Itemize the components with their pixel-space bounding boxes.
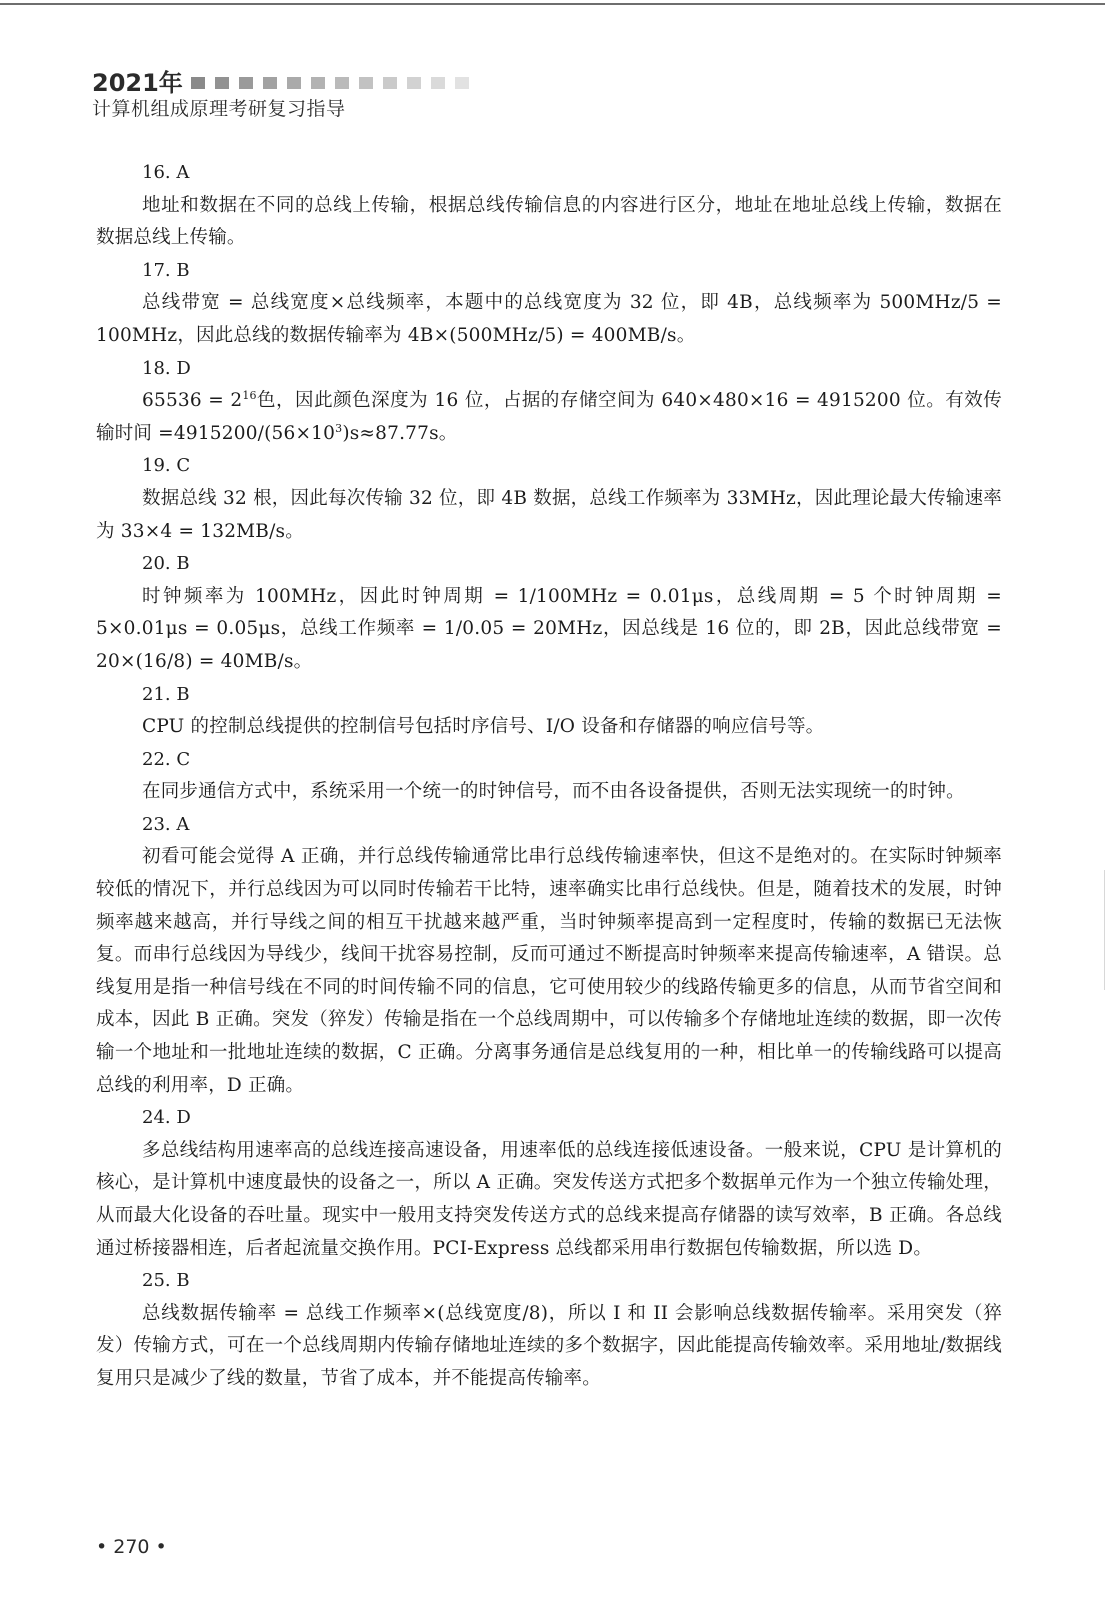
decorative-square <box>383 77 397 89</box>
explanation: 总线数据传输率 = 总线工作频率×(总线宽度/8)，所以 I 和 II 会影响总… <box>96 1298 1002 1396</box>
explanation: 初看可能会觉得 A 正确，并行总线传输通常比串行总线传输速率快，但这不是绝对的。… <box>96 841 1002 1102</box>
decorative-square <box>335 77 349 89</box>
explanation: 地址和数据在不同的总线上传输，根据总线传输信息的内容进行区分，地址在地址总线上传… <box>96 190 1002 255</box>
decorative-square <box>311 77 325 89</box>
explanation: 数据总线 32 根，因此每次传输 32 位，即 4B 数据，总线工作频率为 33… <box>96 483 1002 548</box>
header-year-line: 2021年 <box>92 68 469 98</box>
answer-16: 16. A 地址和数据在不同的总线上传输，根据总线传输信息的内容进行区分，地址在… <box>96 157 1002 255</box>
explanation: 时钟频率为 100MHz，因此时钟周期 = 1/100MHz = 0.01μs，… <box>96 581 1002 679</box>
running-header: 2021年 计算机组成原理考研复习指导 <box>92 68 469 122</box>
scan-edge-mark <box>1104 870 1105 990</box>
question-number: 25. B <box>96 1265 1002 1298</box>
text-run: 65536 = 2 <box>142 390 242 411</box>
header-year: 2021年 <box>92 68 183 98</box>
explanation: CPU 的控制总线提供的控制信号包括时序信号、I/O 设备和存储器的响应信号等。 <box>96 711 1002 744</box>
question-number: 24. D <box>96 1102 1002 1135</box>
header-book-title: 计算机组成原理考研复习指导 <box>92 96 469 122</box>
answer-25: 25. B 总线数据传输率 = 总线工作频率×(总线宽度/8)，所以 I 和 I… <box>96 1265 1002 1395</box>
question-number: 16. A <box>96 157 1002 190</box>
question-number: 18. D <box>96 353 1002 386</box>
decorative-square <box>287 77 301 89</box>
decorative-square <box>455 77 469 89</box>
explanation: 总线带宽 = 总线宽度×总线频率，本题中的总线宽度为 32 位，即 4B，总线频… <box>96 287 1002 352</box>
answer-21: 21. B CPU 的控制总线提供的控制信号包括时序信号、I/O 设备和存储器的… <box>96 679 1002 744</box>
answer-17: 17. B 总线带宽 = 总线宽度×总线频率，本题中的总线宽度为 32 位，即 … <box>96 255 1002 353</box>
decorative-square <box>263 77 277 89</box>
decorative-square <box>191 77 205 89</box>
question-number: 23. A <box>96 809 1002 842</box>
answer-section: 16. A 地址和数据在不同的总线上传输，根据总线传输信息的内容进行区分，地址在… <box>96 157 1002 1396</box>
decorative-square <box>431 77 445 89</box>
top-border-rule <box>0 3 1105 5</box>
answer-23: 23. A 初看可能会觉得 A 正确，并行总线传输通常比串行总线传输速率快，但这… <box>96 809 1002 1102</box>
decorative-square <box>215 77 229 89</box>
question-number: 22. C <box>96 744 1002 777</box>
page-number: • 270 • <box>96 1536 167 1558</box>
question-number: 19. C <box>96 450 1002 483</box>
answer-24: 24. D 多总线结构用速率高的总线连接高速设备，用速率低的总线连接低速设备。一… <box>96 1102 1002 1265</box>
question-number: 20. B <box>96 548 1002 581</box>
question-number: 17. B <box>96 255 1002 288</box>
decorative-squares <box>191 77 469 89</box>
explanation: 在同步通信方式中，系统采用一个统一的时钟信号，而不由各设备提供，否则无法实现统一… <box>96 776 1002 809</box>
answer-22: 22. C 在同步通信方式中，系统采用一个统一的时钟信号，而不由各设备提供，否则… <box>96 744 1002 809</box>
question-number: 21. B <box>96 679 1002 712</box>
superscript: 16 <box>242 389 256 402</box>
decorative-square <box>359 77 373 89</box>
explanation: 多总线结构用速率高的总线连接高速设备，用速率低的总线连接低速设备。一般来说，CP… <box>96 1135 1002 1265</box>
answer-18: 18. D 65536 = 216色，因此颜色深度为 16 位，占据的存储空间为… <box>96 353 1002 451</box>
text-run: )s≈87.77s。 <box>342 423 457 444</box>
answer-20: 20. B 时钟频率为 100MHz，因此时钟周期 = 1/100MHz = 0… <box>96 548 1002 678</box>
decorative-square <box>407 77 421 89</box>
decorative-square <box>239 77 253 89</box>
explanation: 65536 = 216色，因此颜色深度为 16 位，占据的存储空间为 640×4… <box>96 385 1002 450</box>
answer-19: 19. C 数据总线 32 根，因此每次传输 32 位，即 4B 数据，总线工作… <box>96 450 1002 548</box>
